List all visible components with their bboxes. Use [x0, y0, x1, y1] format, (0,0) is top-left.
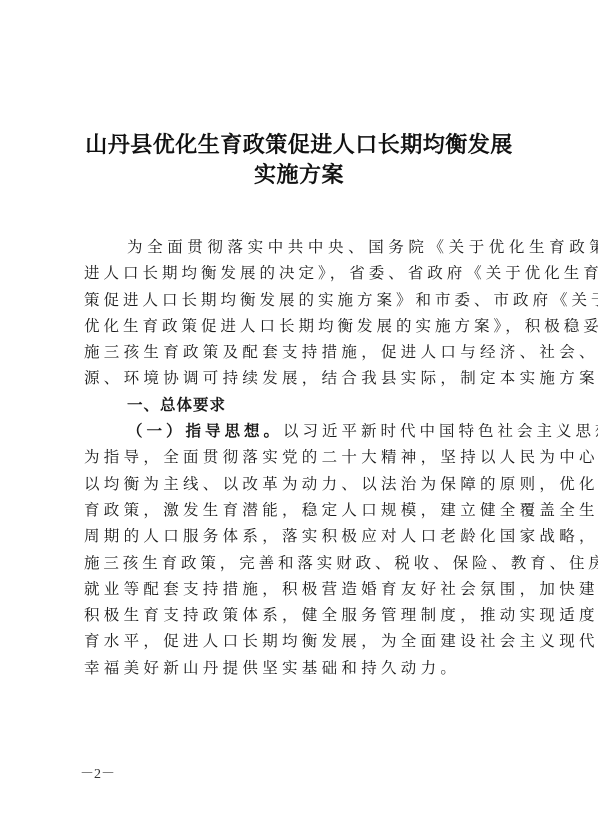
section-heading: 一、总体要求	[84, 392, 524, 418]
document-title-line-1: 山丹县优化生育政策促进人口长期均衡发展	[0, 128, 598, 159]
subsection-line: 幸福美好新山丹提供坚实基础和持久动力。	[84, 655, 524, 681]
subsection-line: 就业等配套支持措施，积极营造婚育友好社会氛围，加快建立	[84, 576, 524, 602]
subsection-line: 育水平，促进人口长期均衡发展，为全面建设社会主义现代化	[84, 628, 524, 654]
intro-line: 策促进人口长期均衡发展的实施方案》和市委、市政府《关于	[84, 287, 524, 313]
subsection-line: 积极生育支持政策体系，健全服务管理制度，推动实现适度生	[84, 602, 524, 628]
subsection-line: 周期的人口服务体系，落实积极应对人口老龄化国家战略，实	[84, 523, 524, 549]
intro-line: 施三孩生育政策及配套支持措施，促进人口与经济、社会、资	[84, 339, 524, 365]
subsection-line: 为指导，全面贯彻落实党的二十大精神，坚持以人民为中心、	[84, 444, 524, 470]
intro-line: 优化生育政策促进人口长期均衡发展的实施方案》，积极稳妥实	[84, 313, 524, 339]
subsection-label: （一）指导思想。	[127, 422, 283, 440]
subsection-line: 施三孩生育政策，完善和落实财政、税收、保险、教育、住房、	[84, 550, 524, 576]
intro-line: 源、环境协调可持续发展，结合我县实际，制定本实施方案。	[84, 365, 524, 391]
subsection-text: 以习近平新时代中国特色社会主义思想	[283, 422, 598, 440]
document-title-line-2: 实施方案	[0, 158, 598, 189]
page-number: －2－	[80, 763, 115, 783]
document-body: 为全面贯彻落实中共中央、国务院《关于优化生育政策促 进人口长期均衡发展的决定》，…	[84, 234, 524, 681]
intro-line: 为全面贯彻落实中共中央、国务院《关于优化生育政策促	[84, 234, 524, 260]
subsection-line: 育政策，激发生育潜能，稳定人口规模，建立健全覆盖全生命	[84, 497, 524, 523]
subsection-first-line: （一）指导思想。以习近平新时代中国特色社会主义思想	[84, 418, 524, 444]
subsection-line: 以均衡为主线、以改革为动力、以法治为保障的原则，优化生	[84, 471, 524, 497]
intro-line: 进人口长期均衡发展的决定》，省委、省政府《关于优化生育政	[84, 260, 524, 286]
